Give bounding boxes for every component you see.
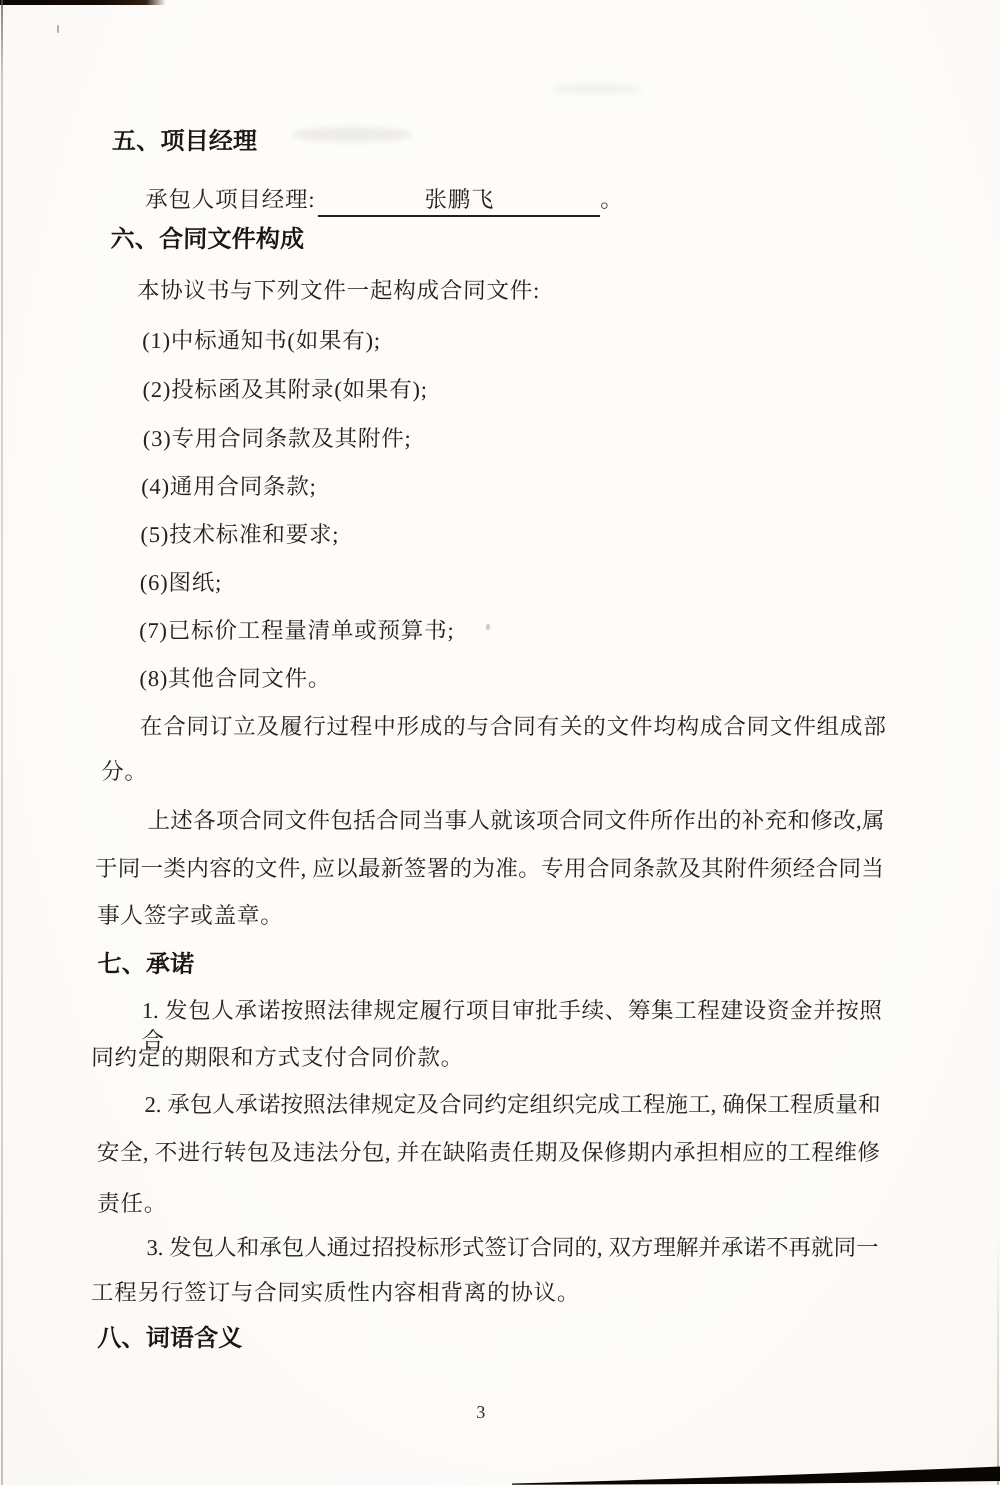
scanned-contract-page: 五、项目经理六、合同文件构成本协议书与下列文件一起构成合同文件:(1)中标通知书… [0,0,1000,1485]
commitment-2-line1: 2. 承包人承诺按照法律规定及合同约定组织完成工程施工, 确保工程质量和 [144,1090,880,1120]
para-amendments-line1: 上述各项合同文件包括合同当事人就该项合同文件所作出的补充和修改,属 [147,806,884,836]
para-amendments-line2: 于同一类内容的文件, 应以最新签署的为准。专用合同条款及其附件须经合同当 [95,854,884,884]
scan-left-edge-line [1,0,3,1485]
commitment-3-line2: 工程另行签订与合同实质性内容相背离的协议。 [91,1278,581,1308]
para-intro: 本协议书与下列文件一起构成合同文件: [137,276,541,306]
commitment-2-line3: 责任。 [97,1189,167,1219]
signature-underline: 张鹏飞 [318,182,600,217]
list-item-2: (2)投标函及其附录(如果有); [142,375,428,405]
list-item-4: (4)通用合同条款; [141,472,317,502]
heading-section-5-project-manager: 五、项目经理 [112,126,258,158]
scan-speck [57,25,59,33]
commitment-2-line2: 安全, 不进行转包及违法分包, 并在缺陷责任期及保修期内承担相应的工程维修 [97,1138,880,1168]
page-number: 3 [476,1402,485,1423]
sentence-period: 。 [600,187,624,212]
list-item-5: (5)技术标准和要求; [140,520,339,550]
para-formation-line2: 分。 [101,757,148,787]
list-item-8: (8)其他合同文件。 [139,664,331,694]
document-content: 五、项目经理六、合同文件构成本协议书与下列文件一起构成合同文件:(1)中标通知书… [0,0,1000,1485]
heading-section-7-commitments: 七、承诺 [97,949,194,981]
scan-bottom-right-shadow [0,1462,1000,1485]
commitment-1-line2: 同约定的期限和方式支付合同价款。 [91,1043,464,1073]
para-amendments-line3: 事人签字或盖章。 [97,901,284,931]
scan-top-edge-artifact [0,0,166,5]
heading-section-6-contract-documents: 六、合同文件构成 [110,224,304,256]
list-item-7: (7)已标价工程量清单或预算书; [139,616,455,646]
para-formation-line1: 在合同订立及履行过程中形成的与合同有关的文件均构成合同文件组成部 [140,712,886,742]
contractor-manager-label: 承包人项目经理: [145,187,316,212]
list-item-1: (1)中标通知书(如果有); [142,326,381,356]
list-item-6: (6)图纸; [140,568,223,598]
commitment-3-line1: 3. 发包人和承包人通过招投标形式签订合同的, 双方理解并承诺不再就同一 [146,1233,878,1263]
scan-smudge [552,84,642,94]
contractor-manager-name: 张鹏飞 [424,187,494,212]
heading-section-8-definitions: 八、词语含义 [97,1323,243,1355]
scan-right-edge-line [997,1235,999,1485]
list-item-3: (3)专用合同条款及其附件; [143,424,412,454]
scan-smudge [292,127,412,142]
contractor-manager-line: 承包人项目经理:张鹏飞。 [145,182,624,217]
